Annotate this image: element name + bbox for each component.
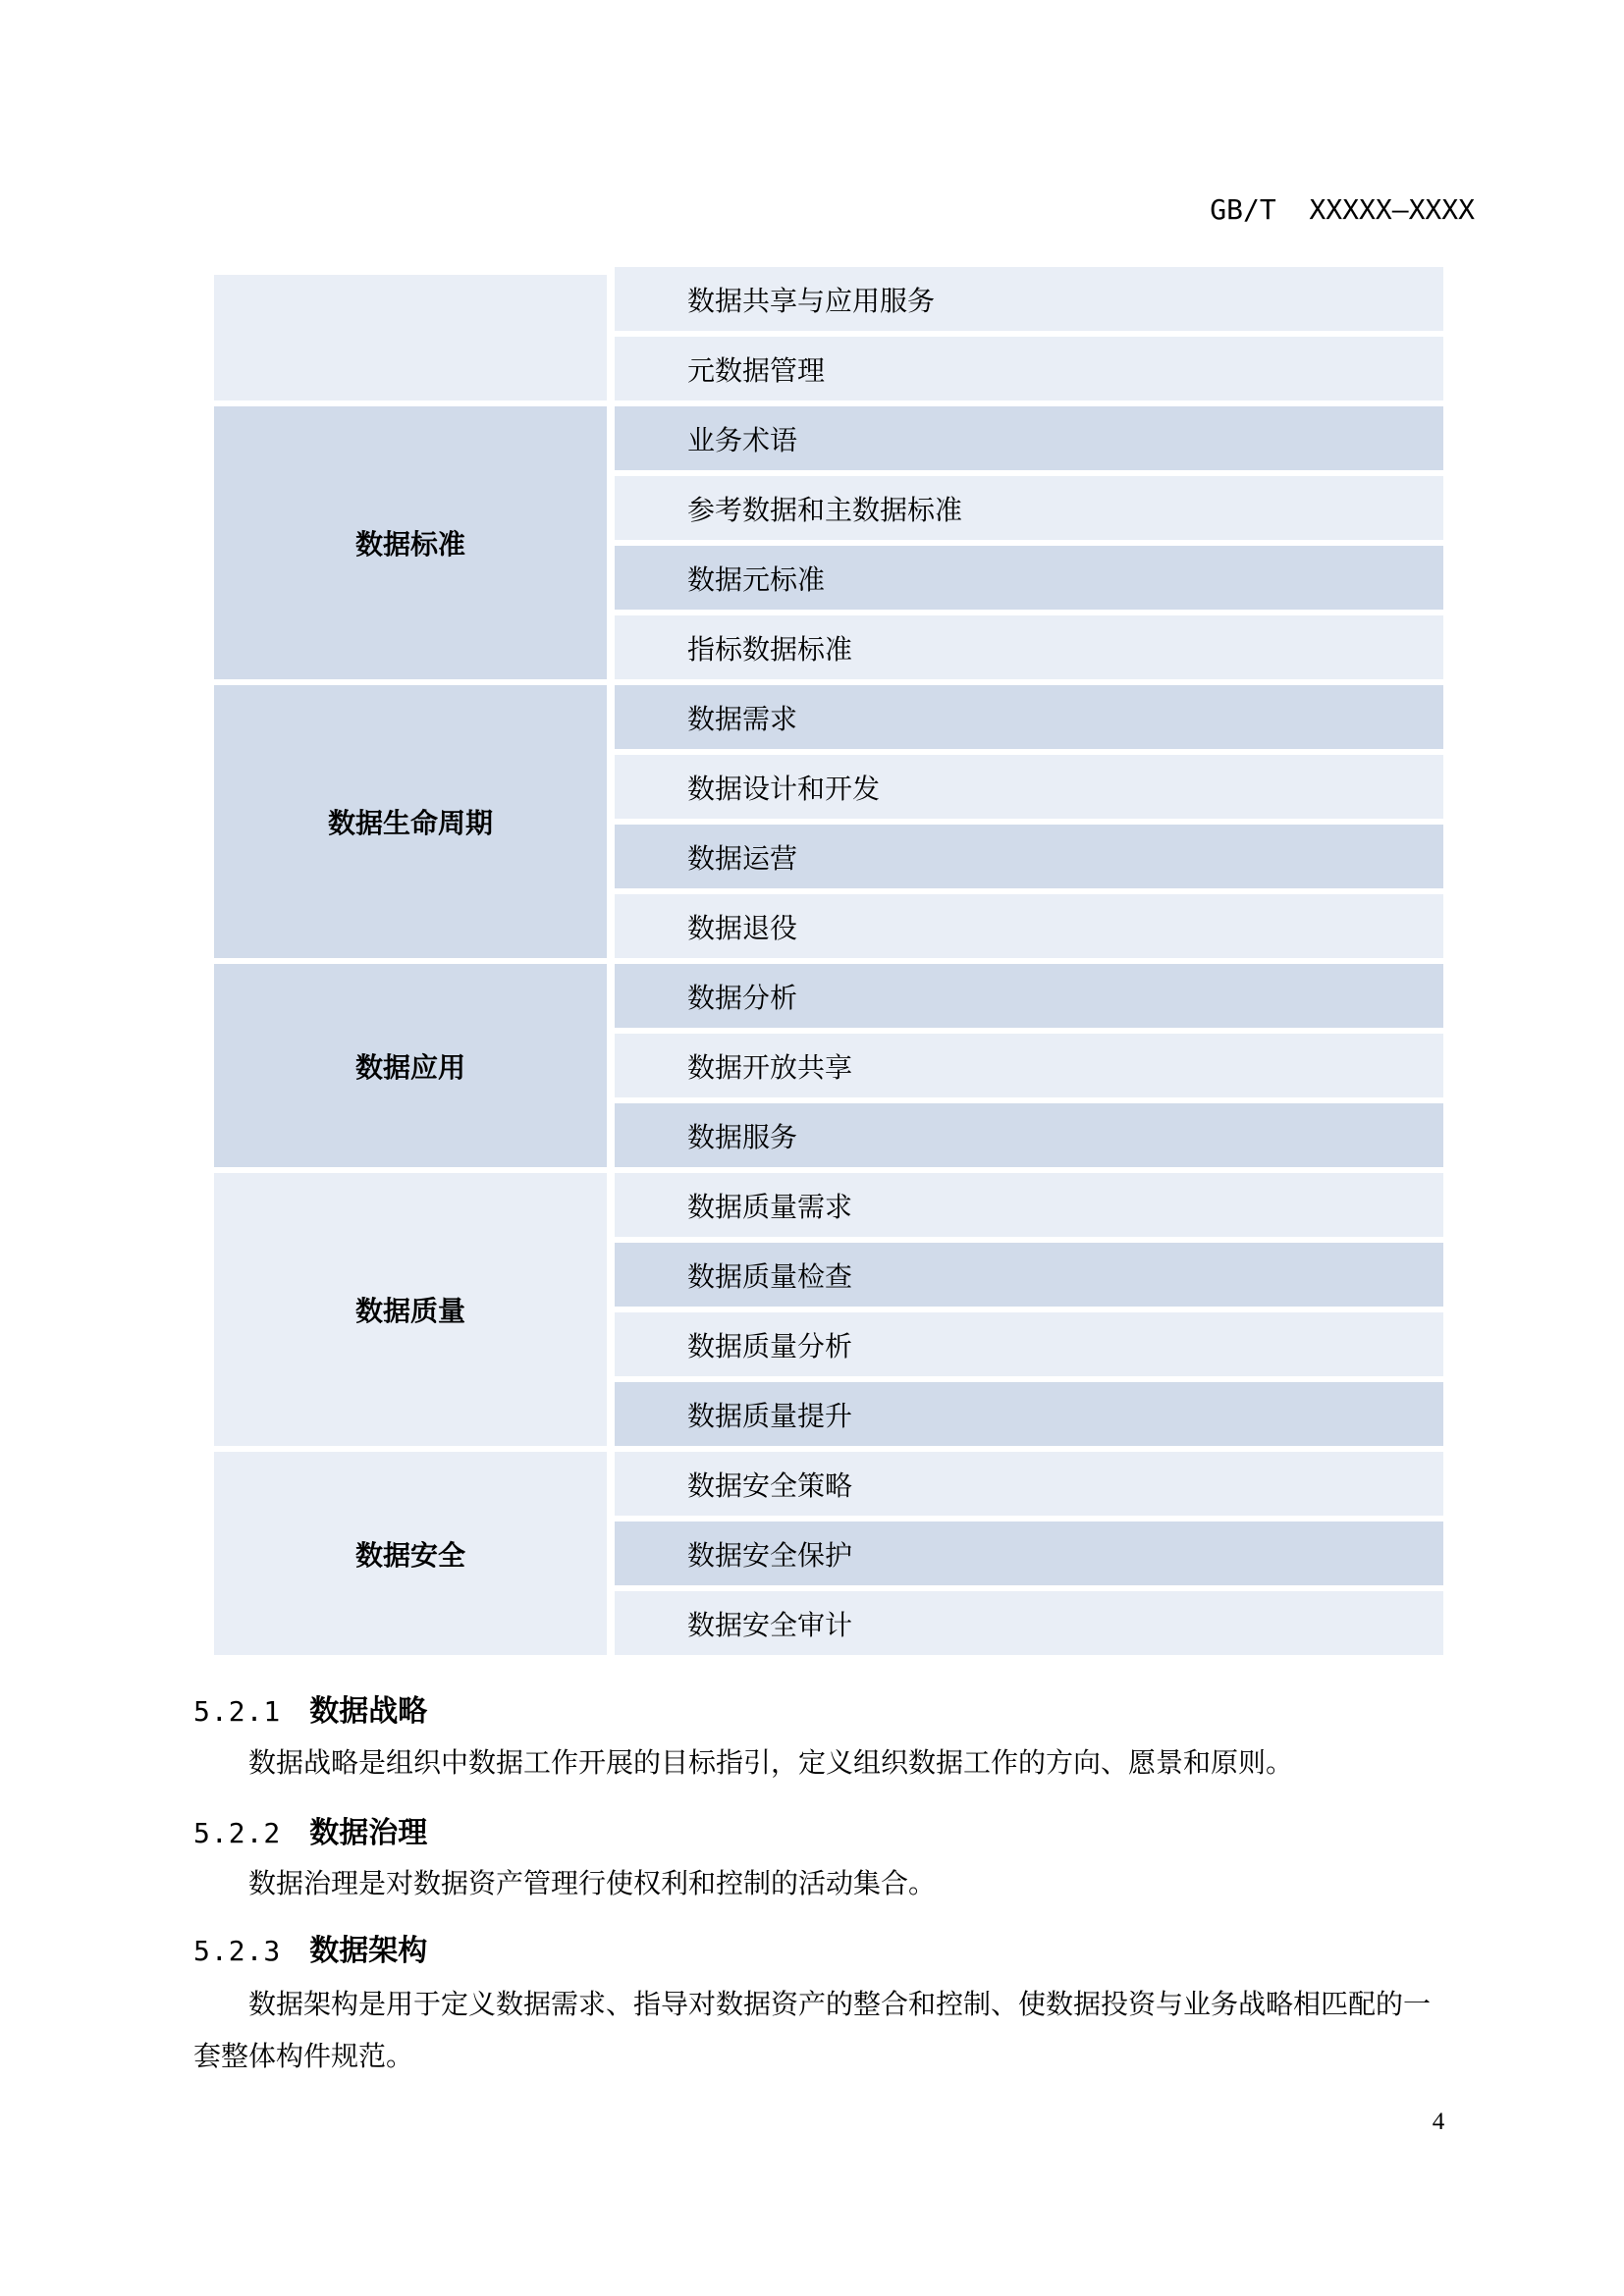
row-label: 数据安全审计 <box>687 1604 852 1643</box>
table-row: 数据分析 <box>615 964 1443 1028</box>
table-row: 数据服务 <box>615 1103 1443 1167</box>
row-label: 数据质量提升 <box>687 1395 852 1434</box>
paragraph-line: 数据治理是对数据资产管理行使权利和控制的活动集合。 <box>193 1858 1470 1910</box>
category-cell-data-security: 数据安全 <box>214 1452 607 1655</box>
row-label: 数据退役 <box>687 907 797 946</box>
paragraph-line: 数据架构是用于定义数据需求、指导对数据资产的整合和控制、使数据投资与业务战略相匹… <box>193 1979 1470 2031</box>
section-title: 数据架构 <box>309 1935 427 1967</box>
section-number: 5.2.3 <box>193 1935 281 1967</box>
row-label: 数据需求 <box>687 698 797 737</box>
category-cell-data-standard: 数据标准 <box>214 406 607 679</box>
section-number: 5.2.2 <box>193 1817 281 1849</box>
section-body-523: 数据架构是用于定义数据需求、指导对数据资产的整合和控制、使数据投资与业务战略相匹… <box>193 1979 1470 2083</box>
row-label: 数据安全保护 <box>687 1534 852 1574</box>
row-label: 业务术语 <box>687 419 797 458</box>
table-row: 数据元标准 <box>615 546 1443 610</box>
paragraph-line: 套整体构件规范。 <box>193 2031 1470 2083</box>
table-row: 数据安全策略 <box>615 1452 1443 1516</box>
row-label: 数据开放共享 <box>687 1046 852 1086</box>
table-row: 数据开放共享 <box>615 1034 1443 1097</box>
section-body-522: 数据治理是对数据资产管理行使权利和控制的活动集合。 <box>193 1858 1470 1910</box>
category-label: 数据安全 <box>355 1534 465 1574</box>
category-cell-continued <box>214 275 607 400</box>
section-number: 5.2.1 <box>193 1695 281 1728</box>
paragraph-line: 数据战略是组织中数据工作开展的目标指引，定义组织数据工作的方向、愿景和原则。 <box>193 1737 1470 1789</box>
table-row: 数据需求 <box>615 685 1443 749</box>
section-title: 数据战略 <box>309 1695 427 1728</box>
row-label: 数据质量检查 <box>687 1255 852 1295</box>
row-label: 数据安全策略 <box>687 1465 852 1504</box>
row-label: 数据分析 <box>687 977 797 1016</box>
table-row: 数据共享与应用服务 <box>615 267 1443 331</box>
row-label: 数据设计和开发 <box>687 768 880 807</box>
table-row: 数据设计和开发 <box>615 755 1443 819</box>
data-management-table: 数据标准 数据生命周期 数据应用 数据质量 数据安全 数据共享与应用服务 元数据… <box>214 267 1443 1655</box>
table-row: 数据质量提升 <box>615 1382 1443 1446</box>
row-label: 数据质量需求 <box>687 1186 852 1225</box>
section-heading-522: 5.2.2 数据治理 <box>193 1808 427 1851</box>
row-label: 参考数据和主数据标准 <box>687 489 962 528</box>
category-label: 数据标准 <box>355 523 465 562</box>
table-row: 指标数据标准 <box>615 615 1443 679</box>
table-row: 元数据管理 <box>615 337 1443 400</box>
category-label: 数据应用 <box>355 1046 465 1086</box>
category-cell-data-quality: 数据质量 <box>214 1173 607 1446</box>
row-label: 数据质量分析 <box>687 1325 852 1364</box>
category-label: 数据生命周期 <box>328 802 493 841</box>
standard-code: GB/T XXXXX—XXXX <box>1210 193 1475 226</box>
row-label: 数据共享与应用服务 <box>687 280 935 319</box>
page-number: 4 <box>1414 2109 1463 2136</box>
section-heading-523: 5.2.3 数据架构 <box>193 1926 427 1969</box>
table-row: 数据质量检查 <box>615 1243 1443 1307</box>
table-category-column: 数据标准 数据生命周期 数据应用 数据质量 数据安全 <box>214 267 607 1661</box>
document-page: GB/T XXXXX—XXXX 数据标准 数据生命周期 数据应用 数据质量 数据… <box>0 0 1624 2296</box>
table-row: 数据安全审计 <box>615 1591 1443 1655</box>
row-label: 数据服务 <box>687 1116 797 1155</box>
category-label: 数据质量 <box>355 1290 465 1329</box>
table-row: 数据质量分析 <box>615 1312 1443 1376</box>
category-cell-data-lifecycle: 数据生命周期 <box>214 685 607 958</box>
section-body-521: 数据战略是组织中数据工作开展的目标指引，定义组织数据工作的方向、愿景和原则。 <box>193 1737 1470 1789</box>
table-row: 业务术语 <box>615 406 1443 470</box>
section-title: 数据治理 <box>309 1817 427 1849</box>
row-label: 数据元标准 <box>687 559 825 598</box>
table-row: 参考数据和主数据标准 <box>615 476 1443 540</box>
table-row: 数据安全保护 <box>615 1522 1443 1585</box>
row-label: 指标数据标准 <box>687 628 852 667</box>
section-heading-521: 5.2.1 数据战略 <box>193 1686 427 1730</box>
category-cell-data-application: 数据应用 <box>214 964 607 1167</box>
row-label: 元数据管理 <box>687 349 825 389</box>
table-items-column: 数据共享与应用服务 元数据管理 业务术语 参考数据和主数据标准 数据元标准 指标… <box>615 267 1443 1661</box>
table-row: 数据退役 <box>615 894 1443 958</box>
table-row: 数据质量需求 <box>615 1173 1443 1237</box>
table-row: 数据运营 <box>615 825 1443 888</box>
row-label: 数据运营 <box>687 837 797 877</box>
